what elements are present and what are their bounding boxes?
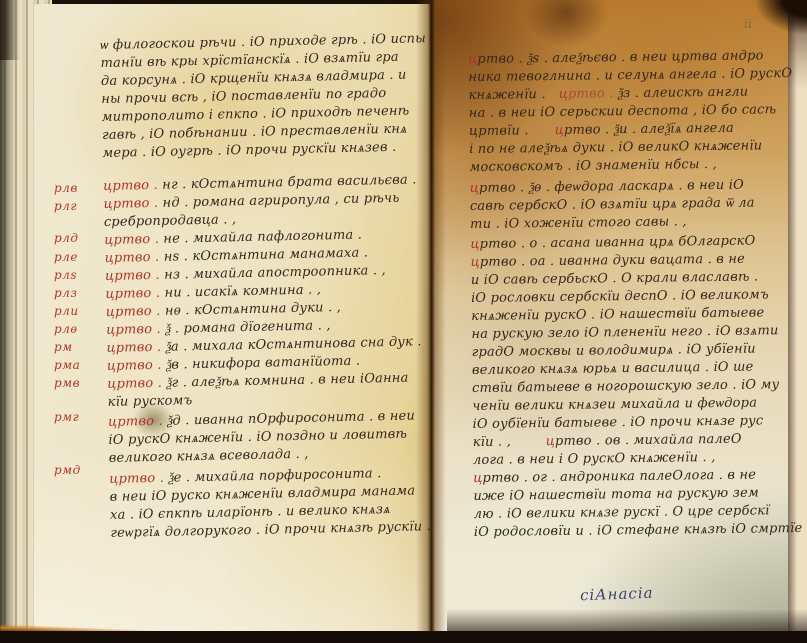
ink-text: ти . іО хоженїи стого савы . , [470, 214, 687, 232]
rubric-text: цртво . [105, 286, 160, 302]
ink-text: ѯе . михайла порфиросонита . [164, 466, 382, 486]
ink-text: ника тевоглнина . и селунѧ ангела . іО р… [468, 66, 792, 85]
ink-text: великого кнѧзѧ юрьѧ и василица . іО ше [472, 360, 754, 378]
left-page-text: ѡ филогоскои рѣчи . іО приходе грѣ . іО … [100, 30, 433, 543]
ink-text: ствїи батыеве в ногорошскую зело . іО му [472, 377, 779, 396]
ink-text: ѯ . романа дїогенита . , [161, 318, 331, 337]
ink-text: ртво . ѯѕ . алеѯѣєво . в неи цртва андро [477, 48, 763, 66]
ink-text: савѣ сербскО . іО взѧтїи црѧ града ѿ ла [470, 196, 755, 214]
ink-text: сребропродавца . , [104, 212, 237, 230]
ink-text: ртво . о . асана иванна црѧ бОлгарскО [480, 234, 756, 252]
ink-text: ѯа . михала кОстѧнтинова сна дук . [161, 334, 422, 354]
chapter-number: рмд [54, 463, 96, 477]
ink-text: кїи рускомъ [107, 393, 192, 410]
chapter-number: рлз [54, 286, 96, 300]
chapter-number: рм [54, 340, 96, 354]
ink-text: ртво . ог . андроника палеОлога . в не [482, 468, 756, 486]
ink-text: ѯз . алеискѣ англи [613, 85, 748, 102]
rubric-text: цртво . [108, 414, 163, 430]
chapter-number: рлв [54, 181, 96, 195]
rubric-text: ц [546, 434, 555, 449]
chapter-number: рлг [54, 199, 96, 213]
ink-text: и іО савѣ сербьскО . О крали влаславѣ . [471, 269, 759, 288]
ink-text: ни . исакїѧ комнина . , [160, 282, 321, 300]
ink-text: московскомъ . іО знаменїи нбсы . , [469, 157, 717, 175]
ink-text: іО оубїенїи батыеве . іО прочи кнѧзе рус [472, 413, 763, 432]
rubric-text: цртво . [109, 471, 164, 487]
chapter-number: рлѳ [54, 322, 96, 336]
ink-text: лю . іО велики кнѧзе рускї . О цре сербс… [474, 503, 770, 522]
rubric-text: цртво . [104, 232, 159, 248]
ink-text: іО родословїи и . іО стефане кнѧзѣ іО см… [474, 521, 807, 540]
manuscript-photo: рмрмрмрмрмирнрнарнв ѡ филогоскои рѣчи . … [0, 0, 807, 643]
rubric-text: цртво . [106, 304, 161, 320]
ink-text: кнѧженїи . [468, 87, 558, 103]
ink-text: нз . михайла апостроопника . , [160, 263, 386, 283]
ink-text: ртво . ѯи . алеѯїѧ ангела [564, 121, 734, 138]
ink-text: і по не алеѯѣѧ дуки . іО великО кнѧженїи [469, 138, 762, 157]
rubric-text: цртво . [107, 358, 162, 374]
ink-text: великого кнѧзѧ всеволада . , [109, 447, 309, 466]
rubric-text: цртво . [107, 376, 162, 392]
ink-text: нѕ . кОстѧнтина манамаха . [159, 245, 368, 264]
rubric-text: цртво . [104, 250, 159, 266]
owner-signature: сіАнасіа [580, 585, 654, 604]
ink-text: на рускую зело іО плененїи него . іО взѧ… [471, 323, 778, 342]
ink-text: иже іО нашествїи тота на рускую зем [473, 485, 759, 503]
chapter-number: рле [54, 250, 96, 264]
ink-text: ртво . ов . михайла палеО [555, 432, 742, 449]
rubric-text: цртво . [103, 196, 158, 212]
chapter-number: рли [54, 304, 96, 318]
ink-text: ѯв . никифора ватанїйота . [162, 354, 361, 373]
rubric-text: цртво . [105, 268, 160, 284]
rubric-text: цртво . [106, 340, 161, 356]
ink-text: не . михайла пафлогонита . [159, 228, 362, 247]
rubric-text: цртво . [103, 178, 158, 194]
ink-text: на . в неи іО серьскии деспота , іО бо с… [469, 102, 777, 121]
right-page-text: цртво . ѯѕ . алеѯѣєво . в неи цртва андр… [468, 47, 798, 542]
ink-text: нѳ . кОстѧнтина дуки . , [160, 300, 341, 319]
text-line: ти . іО хоженїи стого савы . , [470, 212, 794, 234]
ink-text: іО рословки сербскїи деспО . іО великомъ [471, 287, 769, 306]
chapter-number: рлѕ [54, 268, 96, 282]
ink-text: ртво . ѯѳ . феѡдора ласкарѧ . в неи іО [479, 178, 744, 196]
ink-text: нд . романа агриропула , си рѣчь [158, 191, 400, 211]
ink-text: кнѧженїи рускО . іО нашествїи батыеве [471, 305, 764, 324]
chapter-number: рмв [54, 376, 96, 390]
ink-text: ртво . оа . иванна дуки вацата . в не [480, 252, 745, 270]
ink-text: кїи . , [473, 434, 546, 450]
rubric-text: цртво . [106, 322, 161, 338]
rubric-text: ц [555, 123, 564, 138]
ink-text: цртвїи . [469, 123, 555, 139]
ink-text: лога . в неи і О рускО кнѧженїи . , [473, 450, 716, 468]
stain-top-right [737, 0, 807, 46]
chapter-number: рлд [54, 231, 96, 245]
text-line: московскомъ . іО знаменїи нбсы . , [469, 155, 793, 177]
ink-text: ченїи велики кнѧзеи михайла и феѡдора [472, 395, 757, 413]
shadow-bottom [0, 631, 807, 643]
ink-text: градО москвы и володимирѧ . іО убїенїи [472, 342, 756, 360]
chapter-number: рмг [54, 410, 96, 424]
shadow-top-left [0, 0, 20, 60]
rubric-text: ртво . [568, 86, 614, 102]
chapter-number: рма [54, 358, 96, 372]
ink-text: ѯг . алеѯѣѧ комнина . в неи іОанна [162, 371, 409, 391]
